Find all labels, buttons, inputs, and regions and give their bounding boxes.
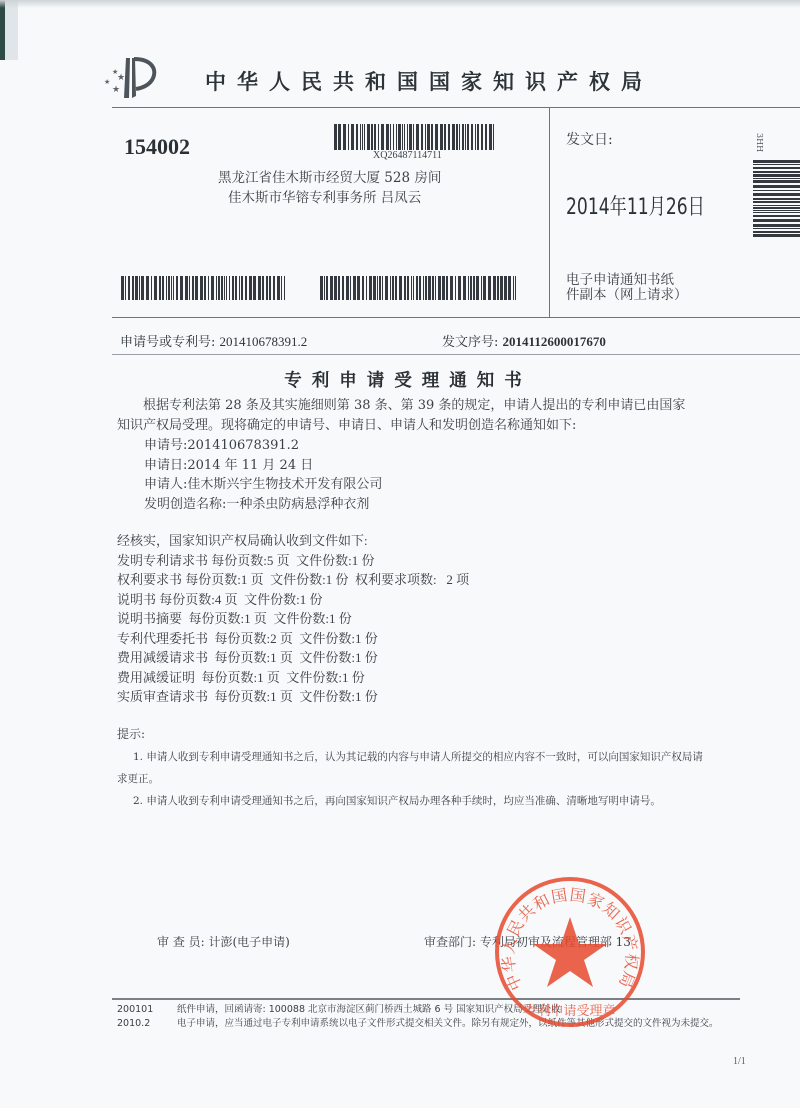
agency-name: 中华人民共和国国家知识产权局: [205, 66, 653, 96]
copy-note: 电子申请通知书纸件副本（网上请求）: [566, 273, 686, 303]
svg-text:★: ★: [104, 78, 110, 86]
application-number-row: 申请号或专利号: 201410678391.2: [120, 331, 307, 350]
file-item: 说明书 每份页数:4 页 文件份数:1 份: [117, 590, 469, 610]
scan-shadow: [0, 0, 800, 8]
mail-barcode: [334, 124, 494, 150]
barcode-caption: XQ26487114711: [373, 150, 442, 161]
file-item: 权利要求书 每份页数:1 页 文件份数:1 份 权利要求项数: 2 项: [117, 570, 469, 590]
file-item: 费用减缓请求书 每份页数:1 页 文件份数:1 份: [117, 648, 469, 668]
issue-date-label: 发文日:: [566, 129, 613, 149]
side-code: 3HH: [755, 133, 764, 152]
field-invention-title: 发明创造名称:一种杀虫防病悬浮种衣剂: [144, 495, 382, 515]
files-intro: 经核实，国家知识产权局确认收到文件如下:: [117, 531, 469, 551]
svg-text:专利申请受理章: 专利申请受理章: [524, 1003, 615, 1019]
application-number: 201410678391.2: [220, 334, 308, 349]
serial-number-row: 发文序号: 2014112600017670: [442, 331, 606, 350]
file-item: 费用减缓证明 每份页数:1 页 文件份数:1 份: [117, 668, 469, 688]
application-number-label: 申请号或专利号:: [120, 335, 215, 350]
header-rule: [112, 107, 800, 108]
tip-item: 2. 申请人收到专利申请受理通知书之后，再向国家知识产权局办理各种手续时，均应当…: [117, 790, 707, 812]
file-item: 专利代理委托书 每份页数:2 页 文件份数:1 份: [117, 629, 469, 649]
postcode: 154002: [124, 134, 190, 160]
field-filing-date: 申请日:2014 年 11 月 24 日: [144, 456, 382, 476]
tips-heading: 提示:: [117, 726, 707, 742]
scan-edge: [0, 0, 18, 60]
intro-text: 根据专利法第 28 条及其实施细则第 38 条、第 39 条的规定，申请人提出的…: [117, 396, 697, 436]
received-files-list: 经核实，国家知识产权局确认收到文件如下: 发明专利请求书 每份页数:5 页 文件…: [117, 531, 469, 707]
page-indicator: 1/1: [733, 1056, 746, 1067]
issue-date: 2014年11月26日: [566, 190, 705, 221]
address-line-1: 黑龙江省佳木斯市经贸大厦 528 房间: [218, 166, 441, 186]
footer-code: 200101: [117, 1003, 177, 1017]
svg-text:★: ★: [112, 85, 120, 95]
address-line-2: 佳木斯市华镕专利事务所 吕凤云: [228, 186, 421, 206]
serial-barcode: [320, 276, 516, 300]
footer-code: 2010.2: [117, 1017, 177, 1031]
field-applicant: 申请人:佳木斯兴宇生物技术开发有限公司: [144, 475, 382, 495]
intro-paragraph: 根据专利法第 28 条及其实施细则第 38 条、第 39 条的规定，申请人提出的…: [117, 396, 697, 436]
footer-text: 电子申请，应当通过电子专利申请系统以电子文件形式提交相关文件。除另有规定外，以纸…: [177, 1017, 737, 1031]
tip-item: 1. 申请人收到专利申请受理通知书之后，认为其记载的内容与申请人所提交的相应内容…: [117, 746, 707, 790]
file-item: 说明书摘要 每份页数:1 页 文件份数:1 份: [117, 609, 469, 629]
application-barcode: [121, 276, 285, 300]
application-fields: 申请号:201410678391.2 申请日:2014 年 11 月 24 日 …: [144, 436, 382, 514]
svg-text:★: ★: [117, 73, 125, 83]
file-item: 实质审查请求书 每份页数:1 页 文件份数:1 份: [117, 687, 469, 707]
meta-rule: [112, 317, 800, 318]
footer-text: 纸件申请，回函请寄: 100088 北京市海淀区蓟门桥西土城路 6 号 国家知识…: [177, 1003, 737, 1017]
examiner: 审 查 员: 计澎(电子申请): [157, 933, 290, 950]
serial-number: 2014112600017670: [503, 334, 606, 349]
file-item: 发明专利请求书 每份页数:5 页 文件份数:1 份: [117, 551, 469, 571]
document-title: 专利申请受理通知书: [0, 367, 800, 392]
tips-section: 提示: 1. 申请人收到专利申请受理通知书之后，认为其记载的内容与申请人所提交的…: [117, 726, 707, 812]
official-seal-icon: 中华人民共和国国家知识产权局 专利申请受理章: [493, 875, 647, 1029]
field-application-number: 申请号:201410678391.2: [144, 436, 382, 456]
title-rule: [112, 354, 800, 355]
cnipa-logo-icon: ★ ★ ★ ★: [100, 56, 162, 100]
right-box-divider: [549, 107, 550, 318]
serial-number-label: 发文序号:: [442, 335, 498, 350]
side-barcode: [753, 160, 800, 238]
